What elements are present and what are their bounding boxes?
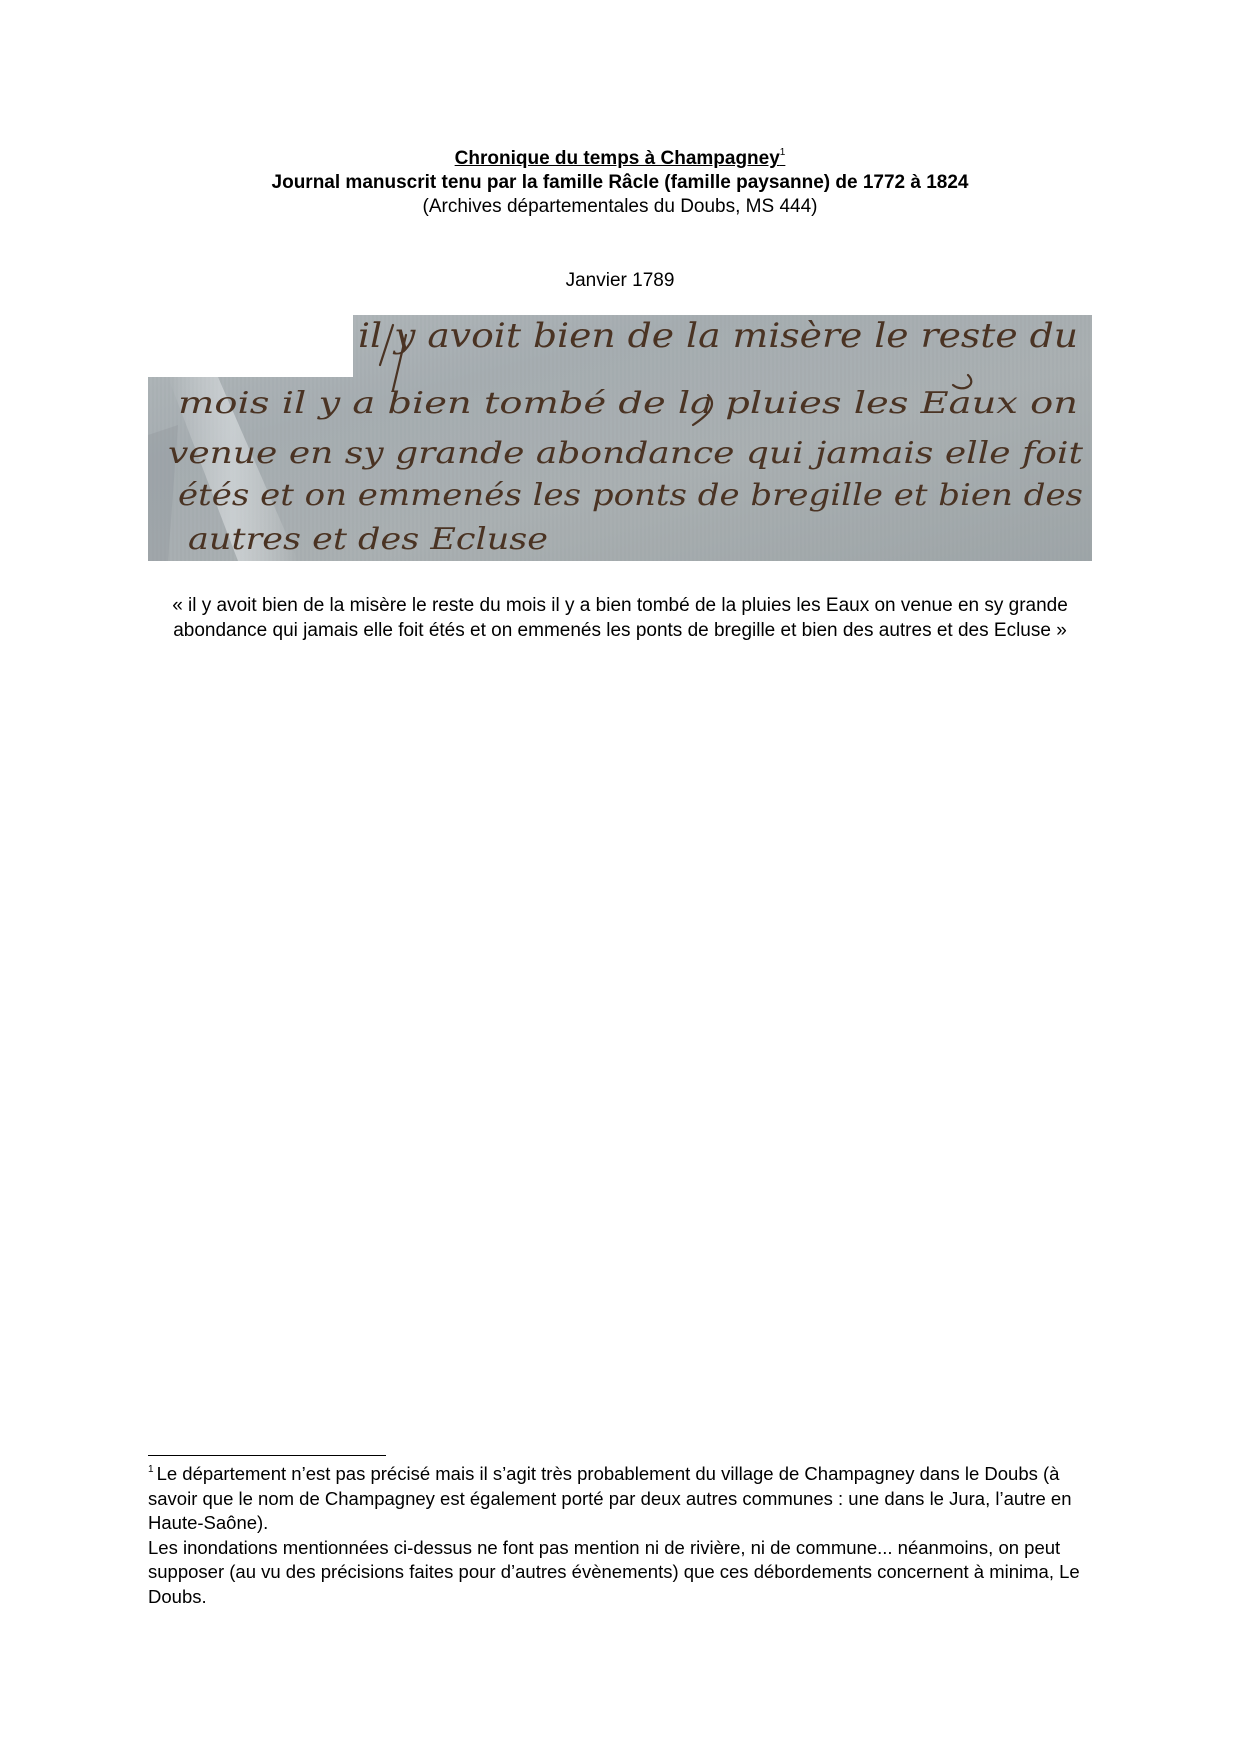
svg-text:venue en sy grande abondance q: venue en sy grande abondance qui jamais …: [168, 436, 1084, 471]
footnotes: 1Le département n’est pas précisé mais i…: [148, 1462, 1108, 1609]
svg-text:mois il y a bien tombé de la p: mois il y a bien tombé de la pluies les …: [178, 386, 1078, 421]
page-subtitle: Journal manuscrit tenu par la famille Râ…: [148, 171, 1092, 195]
footnote-separator: [148, 1455, 386, 1456]
footnote-number: 1: [148, 1464, 154, 1475]
footnote-1-paragraph-1: 1Le département n’est pas précisé mais i…: [148, 1462, 1108, 1536]
archive-source: (Archives départementales du Doubs, MS 4…: [148, 195, 1092, 219]
footnote-1-paragraph-2: Les inondations mentionnées ci-dessus ne…: [148, 1536, 1108, 1610]
svg-text:autres et des Ecluse: autres et des Ecluse: [188, 522, 548, 557]
title-text: Chronique du temps à Champagney: [455, 148, 780, 169]
footnote-text: Le département n’est pas précisé mais il…: [148, 1463, 1071, 1533]
entry-date: Janvier 1789: [148, 269, 1092, 293]
manuscript-image: il y avoit bien de la misère le reste du…: [148, 315, 1092, 561]
document-page: Chronique du temps à Champagney1 Journal…: [0, 0, 1240, 1754]
transcription-quote: « il y avoit bien de la misère le reste …: [155, 594, 1085, 643]
svg-text:il y avoit bien de la misère l: il y avoit bien de la misère le reste du: [358, 316, 1078, 356]
footnote-reference[interactable]: 1: [780, 147, 786, 158]
page-title: Chronique du temps à Champagney1: [148, 147, 1092, 171]
document-header: Chronique du temps à Champagney1 Journal…: [148, 147, 1092, 219]
svg-text:étés et on emmenés les ponts d: étés et on emmenés les ponts de bregille…: [178, 478, 1083, 513]
